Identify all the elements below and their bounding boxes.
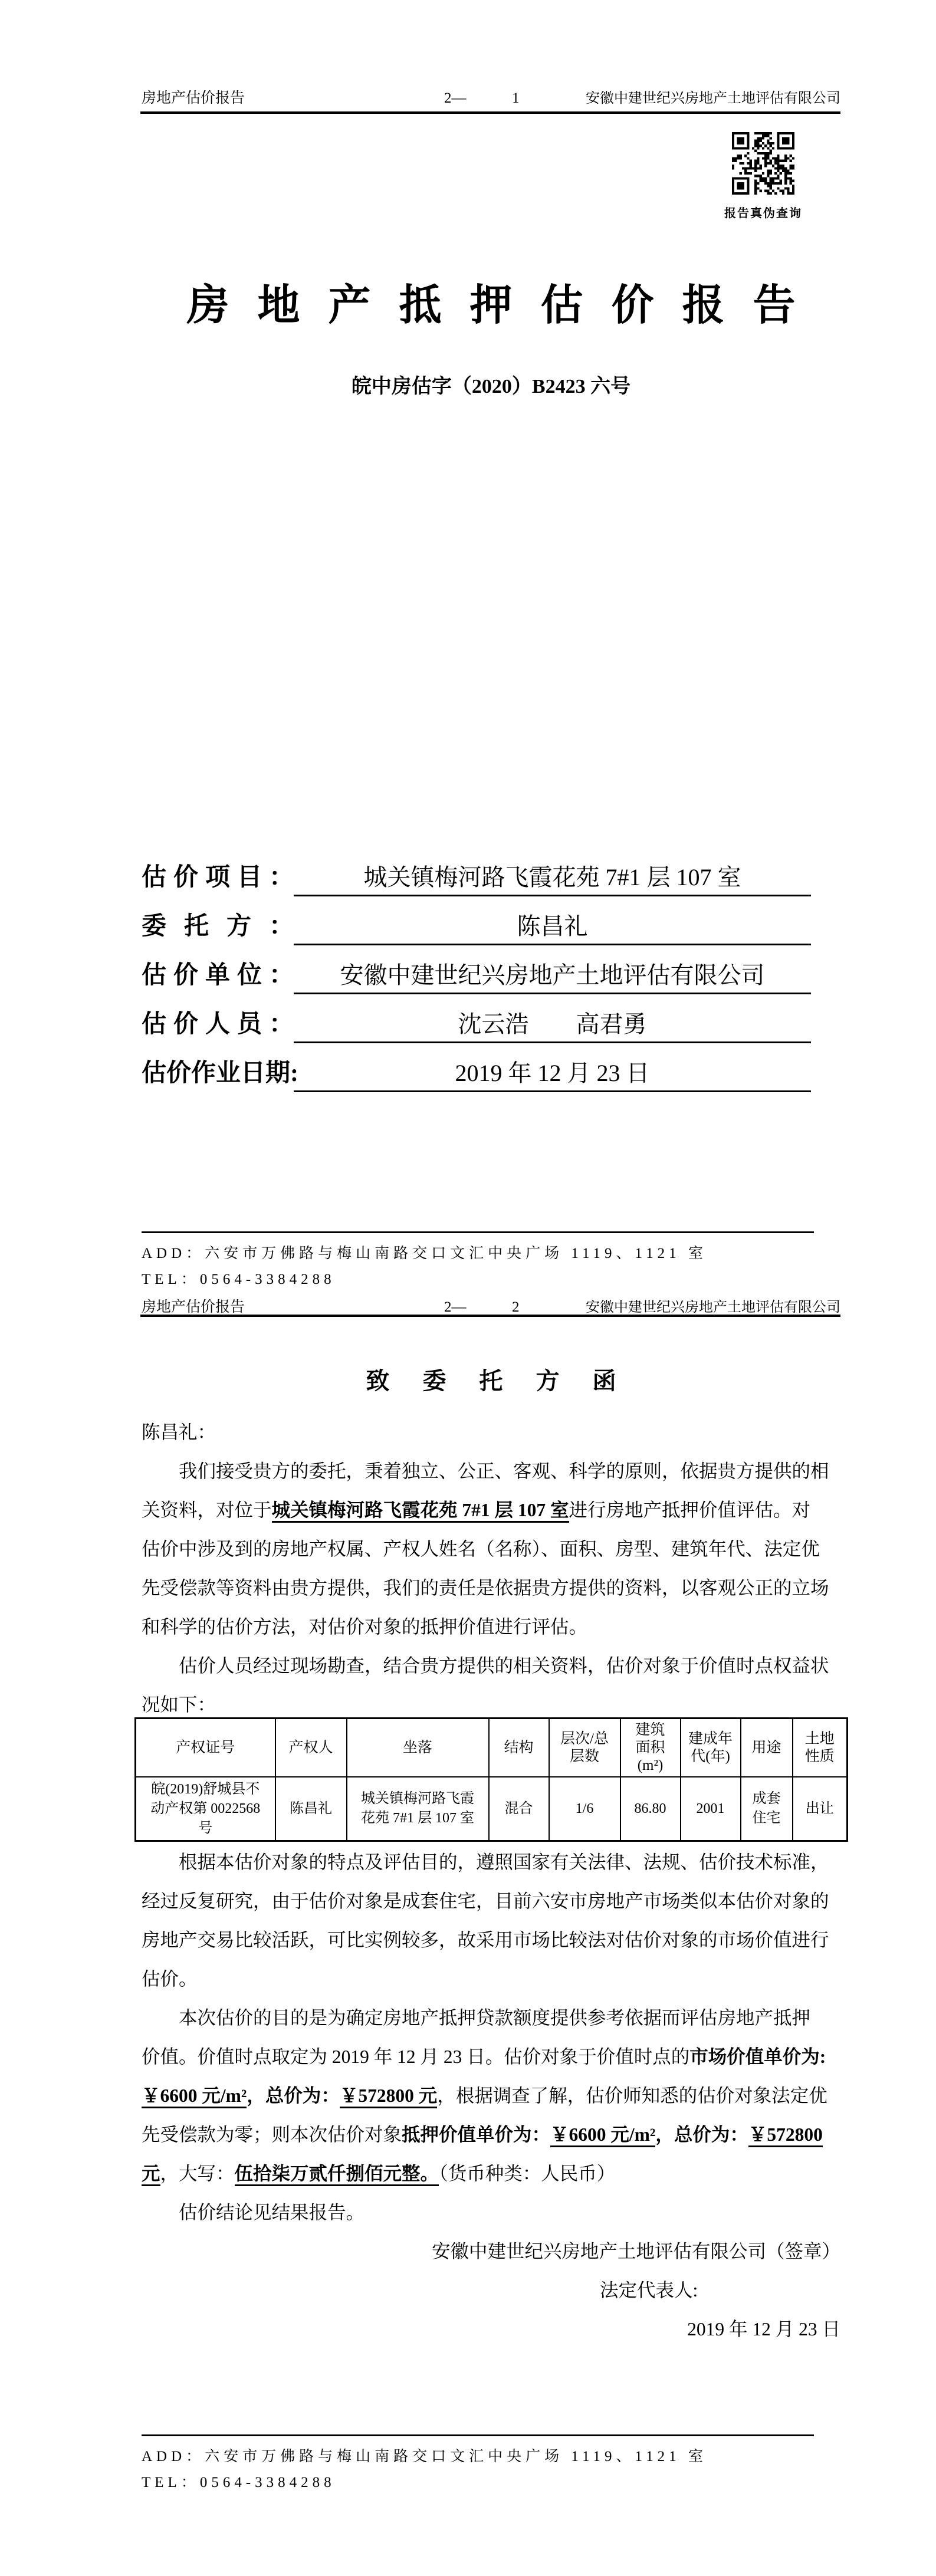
header-company-name: 安徽中建世纪兴房地产土地评估有限公司: [586, 1299, 840, 1316]
text-segment: ，根据调查了解，估价师知悉的估价对象法定优: [437, 2085, 827, 2106]
text-line: 关资料，对位于城关镇梅河路飞霞花苑 7#1 层 107 室进行房地产抵押价值评估…: [142, 1491, 840, 1530]
text-segment: ，: [655, 2124, 674, 2145]
text-segment: 陈昌礼：: [142, 1422, 216, 1443]
text-segment: 我们接受贵方的委托，秉着独立、公正、客观、科学的原则，依据贵方提供的相: [142, 1461, 829, 1481]
text-line: 陈昌礼：: [142, 1413, 840, 1452]
header-page-number: 1: [512, 90, 520, 107]
table-header-cell: 产权证号: [136, 1719, 275, 1777]
field-row: 估价作业日期:2019 年 12 月 23 日: [142, 1058, 811, 1092]
text-segment: 法定代表人:: [600, 2280, 698, 2301]
text-line: 元，大写：伍拾柒万贰仟捌佰元整。（货币种类：人民币）: [142, 2154, 840, 2193]
table-cell: 皖(2019)舒城县不 动产权第 0022568 号: [136, 1777, 275, 1841]
table-header-cell: 层次/总 层数: [549, 1719, 620, 1777]
header-page-count: 2—: [444, 90, 467, 107]
page2-header: 房地产估价报告 2— 2 安徽中建世纪兴房地产土地评估有限公司: [142, 1299, 840, 1316]
qr-code: [732, 132, 794, 196]
text-segment: 关资料，对位于: [142, 1500, 272, 1520]
text-segment: ￥572800: [748, 2124, 823, 2147]
field-value: 陈昌礼: [294, 911, 811, 945]
letter-section-title: 致委托方函: [142, 1363, 840, 1399]
field-label: 估价单位：: [142, 960, 294, 994]
text-segment: ￥572800 元: [340, 2085, 437, 2108]
text-segment: 估价中涉及到的房地产权属、产权人姓名（名称）、面积、房型、建筑年代、法定优: [142, 1539, 820, 1559]
text-segment: 总价为：: [265, 2085, 340, 2106]
text-line: 和科学的估价方法，对估价对象的抵押价值进行评估。: [142, 1608, 840, 1647]
text-segment: 估价结论见结果报告。: [142, 2202, 364, 2223]
table-header-cell: 用途: [741, 1719, 793, 1777]
text-line: 房地产交易比较活跃，可比实例较多，故采用市场比较法对估价对象的市场价值进行: [142, 1921, 840, 1960]
table-cell: 出让: [793, 1777, 848, 1841]
text-line: 先受偿款等资料由贵方提供，我们的责任是依据贵方提供的资料，以客观公正的立场: [142, 1569, 840, 1608]
header-company-name: 安徽中建世纪兴房地产土地评估有限公司: [586, 90, 840, 107]
footer-telephone: TEL：0564-3384288: [142, 1267, 908, 1293]
text-segment: 安徽中建世纪兴房地产土地评估有限公司（签章）: [432, 2241, 840, 2262]
field-value: 城关镇梅河路飞霞花苑 7#1 层 107 室: [294, 862, 811, 896]
header-page-number: 2: [512, 1299, 520, 1316]
letter-body-lower: 根据本估价对象的特点及评估目的，遵照国家有关法律、法规、估价技术标准，经过反复研…: [142, 1843, 840, 2349]
text-line: 安徽中建世纪兴房地产土地评估有限公司（签章）: [142, 2232, 840, 2271]
footer-telephone: TEL：0564-3384288: [142, 2470, 908, 2496]
text-segment: （货币种类：人民币）: [439, 2163, 615, 2184]
text-line: 估价中涉及到的房地产权属、产权人姓名（名称）、面积、房型、建筑年代、法定优: [142, 1530, 840, 1569]
footer-address: ADD：六安市万佛路与梅山南路交口文汇中央广场 1119、1121 室: [142, 1241, 908, 1267]
page1-header: 房地产估价报告 2— 1 安徽中建世纪兴房地产土地评估有限公司: [142, 90, 840, 107]
qr-caption: 报告真伪查询: [705, 203, 821, 221]
text-segment: ￥6600 元/m²: [550, 2124, 655, 2147]
text-segment: 经过反复研究，由于估价对象是成套住宅，目前六安市房地产市场类似本估价对象的: [142, 1891, 829, 1911]
text-segment: 伍拾柒万贰仟捌佰元整。: [235, 2163, 439, 2186]
table-header-cell: 土地 性质: [793, 1719, 848, 1777]
text-segment: 元: [142, 2163, 160, 2186]
field-row: 估价项目：城关镇梅河路飞霞花苑 7#1 层 107 室: [142, 862, 811, 896]
table-cell: 陈昌礼: [275, 1777, 347, 1841]
letter-body-upper: 陈昌礼： 我们接受贵方的委托，秉着独立、公正、客观、科学的原则，依据贵方提供的相…: [142, 1413, 840, 1724]
text-segment: 和科学的估价方法，对估价对象的抵押价值进行评估。: [142, 1616, 587, 1637]
property-table-wrap: 产权证号产权人坐落结构层次/总 层数建筑 面积 (m²)建成年 代(年)用途土地…: [134, 1717, 848, 1842]
text-segment: ，大写：: [160, 2163, 235, 2184]
field-row: 委托方：陈昌礼: [142, 911, 811, 945]
field-label: 估价作业日期:: [142, 1058, 294, 1092]
field-row: 估价人员：沈云浩 高君勇: [142, 1009, 811, 1043]
header-rule: [140, 111, 840, 114]
text-line: 本次估价的目的是为确定房地产抵押贷款额度提供参考依据而评估房地产抵押: [142, 1999, 840, 2038]
text-line: 估价。: [142, 1960, 840, 1999]
text-line: 根据本估价对象的特点及评估目的，遵照国家有关法律、法规、估价技术标准，: [142, 1843, 840, 1882]
field-value: 沈云浩 高君勇: [294, 1009, 811, 1043]
text-segment: ￥6600 元/m²: [142, 2085, 247, 2108]
text-segment: 城关镇梅河路飞霞花苑 7#1 层 107 室: [272, 1500, 569, 1523]
header-doc-title: 房地产估价报告: [142, 1299, 245, 1316]
text-line: 2019 年 12 月 23 日: [142, 2310, 840, 2349]
text-line: ￥6600 元/m²，总价为：￥572800 元，根据调查了解，估价师知悉的估价…: [142, 2076, 840, 2115]
appraisal-fields: 估价项目：城关镇梅河路飞霞花苑 7#1 层 107 室委托方：陈昌礼估价单位：安…: [142, 862, 811, 1107]
text-line: 估价人员经过现场勘查，结合贵方提供的相关资料，估价对象于价值时点权益状: [142, 1647, 840, 1685]
field-label: 估价人员：: [142, 1009, 294, 1043]
text-segment: 况如下：: [142, 1694, 216, 1715]
text-segment: 价值。价值时点取定为 2019 年 12 月 23 日。估价对象于价值时点的: [142, 2046, 689, 2067]
text-line: 经过反复研究，由于估价对象是成套住宅，目前六安市房地产市场类似本估价对象的: [142, 1882, 840, 1921]
page2-footer-rule: [142, 2434, 814, 2436]
text-segment: 进行房地产抵押价值评估。对: [569, 1500, 811, 1520]
text-line: 先受偿款为零；则本次估价对象抵押价值单价为：￥6600 元/m²，总价为：￥57…: [142, 2115, 840, 2154]
table-header-cell: 建筑 面积 (m²): [620, 1719, 681, 1777]
header-rule: [140, 1315, 840, 1317]
table-header-cell: 结构: [489, 1719, 549, 1777]
text-line: 价值。价值时点取定为 2019 年 12 月 23 日。估价对象于价值时点的市场…: [142, 2038, 840, 2076]
field-value: 2019 年 12 月 23 日: [294, 1058, 811, 1092]
table-cell: 混合: [489, 1777, 549, 1841]
text-segment: 先受偿款等资料由贵方提供，我们的责任是依据贵方提供的资料，以客观公正的立场: [142, 1578, 829, 1598]
table-cell: 1/6: [549, 1777, 620, 1841]
table-cell: 成套 住宅: [741, 1777, 793, 1841]
text-segment: 总价为：: [674, 2124, 748, 2145]
header-doc-title: 房地产估价报告: [142, 90, 245, 107]
text-segment: 2019 年 12 月 23 日: [687, 2319, 840, 2340]
field-row: 估价单位：安徽中建世纪兴房地产土地评估有限公司: [142, 960, 811, 994]
page1-footer: ADD：六安市万佛路与梅山南路交口文汇中央广场 1119、1121 室 TEL：…: [142, 1241, 908, 1293]
text-line: 我们接受贵方的委托，秉着独立、公正、客观、科学的原则，依据贵方提供的相: [142, 1452, 840, 1491]
table-cell: 86.80: [620, 1777, 681, 1841]
page1-footer-rule: [142, 1231, 814, 1233]
field-label: 估价项目：: [142, 862, 294, 896]
text-segment: 先受偿款为零；则本次估价对象: [142, 2124, 402, 2145]
page2-footer: ADD：六安市万佛路与梅山南路交口文汇中央广场 1119、1121 室 TEL：…: [142, 2444, 908, 2496]
field-value: 安徽中建世纪兴房地产土地评估有限公司: [294, 960, 811, 994]
field-label: 委托方：: [142, 911, 294, 945]
footer-address: ADD：六安市万佛路与梅山南路交口文汇中央广场 1119、1121 室: [142, 2444, 908, 2470]
text-line: 法定代表人:: [142, 2271, 840, 2310]
report-title: 房地产抵押估价报告: [142, 281, 840, 330]
table-cell: 城关镇梅河路飞霞 花苑 7#1 层 107 室: [347, 1777, 489, 1841]
text-segment: 估价人员经过现场勘查，结合贵方提供的相关资料，估价对象于价值时点权益状: [142, 1655, 829, 1676]
text-segment: 估价。: [142, 1969, 198, 1989]
text-segment: 本次估价的目的是为确定房地产抵押贷款额度提供参考依据而评估房地产抵押: [142, 2007, 810, 2028]
table-row: 皖(2019)舒城县不 动产权第 0022568 号陈昌礼城关镇梅河路飞霞 花苑…: [136, 1777, 848, 1841]
table-header-cell: 产权人: [275, 1719, 347, 1777]
document-scan: 房地产估价报告 2— 1 安徽中建世纪兴房地产土地评估有限公司 报告真伪查询 房…: [0, 0, 936, 2576]
text-segment: 根据本估价对象的特点及评估目的，遵照国家有关法律、法规、估价技术标准，: [142, 1852, 829, 1872]
header-page-count: 2—: [444, 1299, 467, 1316]
table-cell: 2001: [681, 1777, 741, 1841]
text-segment: 市场价值单价为:: [689, 2046, 826, 2067]
table-header-cell: 建成年 代(年): [681, 1719, 741, 1777]
text-segment: 抵押价值单价为：: [402, 2124, 550, 2145]
property-table: 产权证号产权人坐落结构层次/总 层数建筑 面积 (m²)建成年 代(年)用途土地…: [134, 1717, 848, 1842]
text-segment: 房地产交易比较活跃，可比实例较多，故采用市场比较法对估价对象的市场价值进行: [142, 1930, 829, 1950]
text-line: 估价结论见结果报告。: [142, 2193, 840, 2232]
report-number: 皖中房估字（2020）B2423 六号: [142, 374, 840, 400]
table-header-cell: 坐落: [347, 1719, 489, 1777]
text-segment: ，: [247, 2085, 265, 2106]
